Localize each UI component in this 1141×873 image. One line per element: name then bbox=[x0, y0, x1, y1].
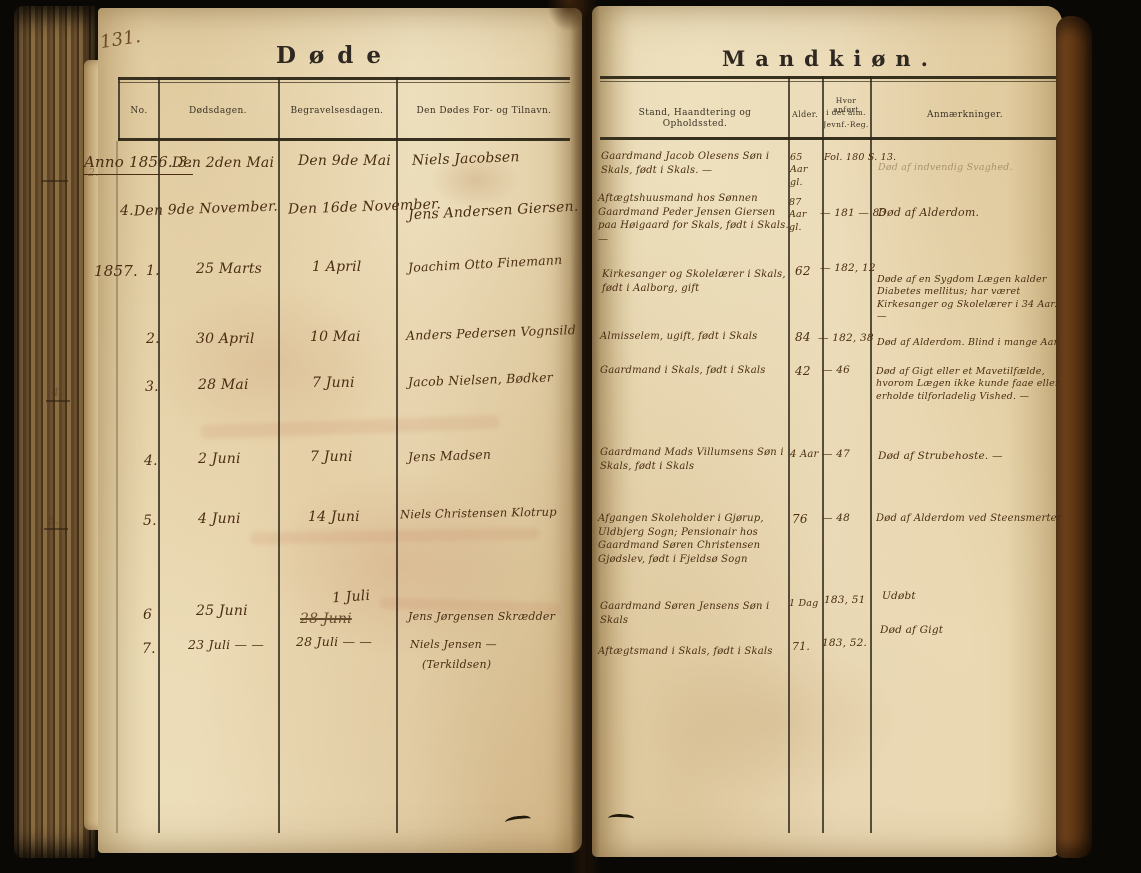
entry-no: 3. bbox=[145, 378, 159, 396]
entry-burial-date: 1 April bbox=[312, 258, 361, 276]
entry-no: 5. bbox=[143, 512, 157, 530]
entry-remarks: Død af Gigt eller et Mavetilfælde, hvoro… bbox=[876, 366, 1068, 403]
spine-shadow bbox=[548, 0, 590, 30]
entry-remarks: Død af Alderdom. bbox=[878, 206, 979, 220]
entry-death-date: 30 April bbox=[196, 330, 255, 348]
book-cover-edge bbox=[1056, 16, 1092, 858]
entry-register-ref: 183, 51 bbox=[824, 594, 865, 608]
entry-burial-date-struck: 28 Juni bbox=[300, 610, 352, 628]
margin-tick bbox=[44, 528, 68, 530]
entry-death-date: 23 Juli — — bbox=[188, 637, 264, 653]
entry-age: 84 bbox=[795, 330, 811, 346]
table-line bbox=[158, 77, 160, 833]
left-page-title: Døde bbox=[230, 42, 440, 69]
entry-register-ref: — 48 bbox=[822, 512, 850, 526]
header-bottom-rule bbox=[600, 137, 1056, 140]
header-rule bbox=[600, 76, 1056, 79]
entry-status: Aftægtshuusmand hos Sønnen Gaardmand Ped… bbox=[598, 192, 794, 246]
entry-age: 87 Aar gl. bbox=[789, 197, 822, 234]
header-rule-thin bbox=[118, 82, 570, 83]
entry-death-date: 4 Juni bbox=[198, 510, 241, 528]
entry-age: 1 Dag bbox=[789, 598, 822, 610]
table-line bbox=[396, 77, 398, 833]
entry-register-ref: — 46 bbox=[822, 364, 850, 378]
col-header-name: Den Dødes For- og Tilnavn. bbox=[400, 106, 568, 117]
col-header-status: Stand, Haandtering og Opholdssted. bbox=[606, 108, 784, 131]
entry-no: 7. bbox=[142, 640, 156, 658]
left-page bbox=[98, 8, 582, 853]
margin-mark: 2. bbox=[88, 166, 99, 180]
table-line bbox=[870, 76, 872, 833]
entry-remarks: Død af Strubehoste. — bbox=[878, 450, 1003, 464]
right-page-title: Mandkiøn. bbox=[700, 46, 960, 71]
entry-no: 6 bbox=[143, 606, 152, 624]
entry-status: Almisselem, ugift, født i Skals bbox=[600, 330, 800, 344]
entry-death-date: 25 Juni bbox=[196, 602, 248, 620]
entry-register-ref: — 181 — 83 bbox=[820, 207, 886, 221]
entry-burial-date: 14 Juni bbox=[308, 508, 360, 526]
entry-status: Gaardmand Jacob Olesens Søn i Skals, fød… bbox=[601, 150, 789, 177]
header-bottom-rule bbox=[118, 138, 570, 141]
entry-burial-date: 10 Mai bbox=[310, 328, 361, 346]
entry-no: 1. bbox=[146, 262, 160, 280]
entry-register-ref: — 47 bbox=[822, 448, 850, 462]
entry-remarks: Død af Alderdom. Blind i mange Aar. bbox=[877, 337, 1067, 349]
entry-name: Niels Jensen — bbox=[410, 638, 497, 652]
entry-death-date: 28 Mai bbox=[198, 376, 249, 394]
entry-death-date: Den 2den Mai bbox=[172, 154, 274, 172]
col-header-burial-day: Begravelsesdagen. bbox=[282, 106, 392, 117]
col-header-no: No. bbox=[120, 106, 158, 117]
book-gutter bbox=[570, 0, 600, 873]
col-header-register-3: Jevnf.-Reg. bbox=[823, 120, 869, 129]
entry-remarks: Død af indvendig Svaghed. bbox=[878, 162, 1048, 174]
entry-age: 42 bbox=[795, 364, 811, 380]
entry-no: 4. bbox=[144, 452, 158, 470]
entry-name-alt: (Terkildsen) bbox=[422, 658, 491, 672]
margin-tick bbox=[46, 400, 70, 402]
entry-burial-date: 28 Juli — — bbox=[296, 634, 372, 650]
header-rule bbox=[118, 77, 570, 80]
entry-name: Jens Jørgensen Skrædder bbox=[408, 610, 568, 624]
col-header-death-day: Dødsdagen. bbox=[162, 106, 274, 117]
margin-mark: 5. bbox=[48, 514, 59, 528]
entry-year: 1857. bbox=[94, 262, 138, 282]
entry-register-ref: — 182, 12 bbox=[820, 262, 876, 276]
entry-burial-date: 7 Juni bbox=[310, 448, 353, 466]
entry-status: Gaardmand Mads Villumsens Søn i Skals, f… bbox=[600, 446, 786, 473]
entry-name: Jens Madsen bbox=[408, 447, 492, 466]
margin-mark: 4. bbox=[52, 386, 63, 400]
entry-age: 65 Aar gl. bbox=[790, 152, 823, 189]
entry-burial-date: 7 Juni bbox=[312, 374, 355, 392]
book-scan: 131. Døde No. Dødsdagen. Begravelsesdage… bbox=[0, 0, 1141, 873]
col-header-register-2: i det alm. bbox=[823, 108, 869, 117]
entry-remarks: Udøbt bbox=[882, 590, 916, 604]
entry-name: Niels Jacobsen bbox=[412, 148, 520, 170]
entry-no: 4. bbox=[120, 202, 134, 220]
col-header-remarks: Anmærkninger. bbox=[880, 110, 1050, 121]
table-line bbox=[278, 77, 280, 833]
entry-status: Aftægtsmand i Skals, født i Skals bbox=[598, 645, 808, 659]
entry-status: Afgangen Skoleholder i Gjørup, Uldbjerg … bbox=[598, 512, 794, 566]
entry-remarks: Død af Gigt bbox=[880, 624, 943, 638]
entry-age: 4 Aar bbox=[790, 448, 823, 461]
entry-age: 62 bbox=[795, 264, 811, 280]
entry-burial-date: Den 9de Mai bbox=[298, 152, 391, 170]
entry-name: Niels Christensen Klotrup bbox=[400, 505, 557, 523]
entry-register-ref: — 182, 38 bbox=[818, 332, 874, 346]
entry-burial-date-corrected: 1 Juli bbox=[331, 587, 370, 608]
header-rule-thin bbox=[600, 81, 1056, 82]
entry-remarks: Død af Alderdom ved Steensmerter bbox=[876, 512, 1076, 525]
entry-death-date: 25 Marts bbox=[196, 260, 262, 278]
page-fold-line bbox=[116, 141, 118, 833]
entry-status: Gaardmand i Skals, født i Skals bbox=[600, 364, 800, 378]
entry-no: 2. bbox=[146, 330, 160, 348]
entry-status: Gaardmand Søren Jensens Søn i Skals bbox=[600, 600, 788, 627]
col-header-age: Alder. bbox=[788, 110, 822, 120]
entry-remarks: Døde af en Sygdom Lægen kalder Diabetes … bbox=[877, 274, 1063, 323]
entry-register-ref: 183, 52. bbox=[822, 637, 867, 651]
entry-death-date: 2 Juni bbox=[198, 450, 241, 468]
entry-age: 76 bbox=[792, 512, 808, 528]
right-page bbox=[592, 6, 1062, 857]
entry-status: Kirkesanger og Skolelærer i Skals, født … bbox=[602, 268, 788, 295]
entry-age: 71. bbox=[792, 640, 810, 654]
margin-tick bbox=[42, 180, 68, 182]
